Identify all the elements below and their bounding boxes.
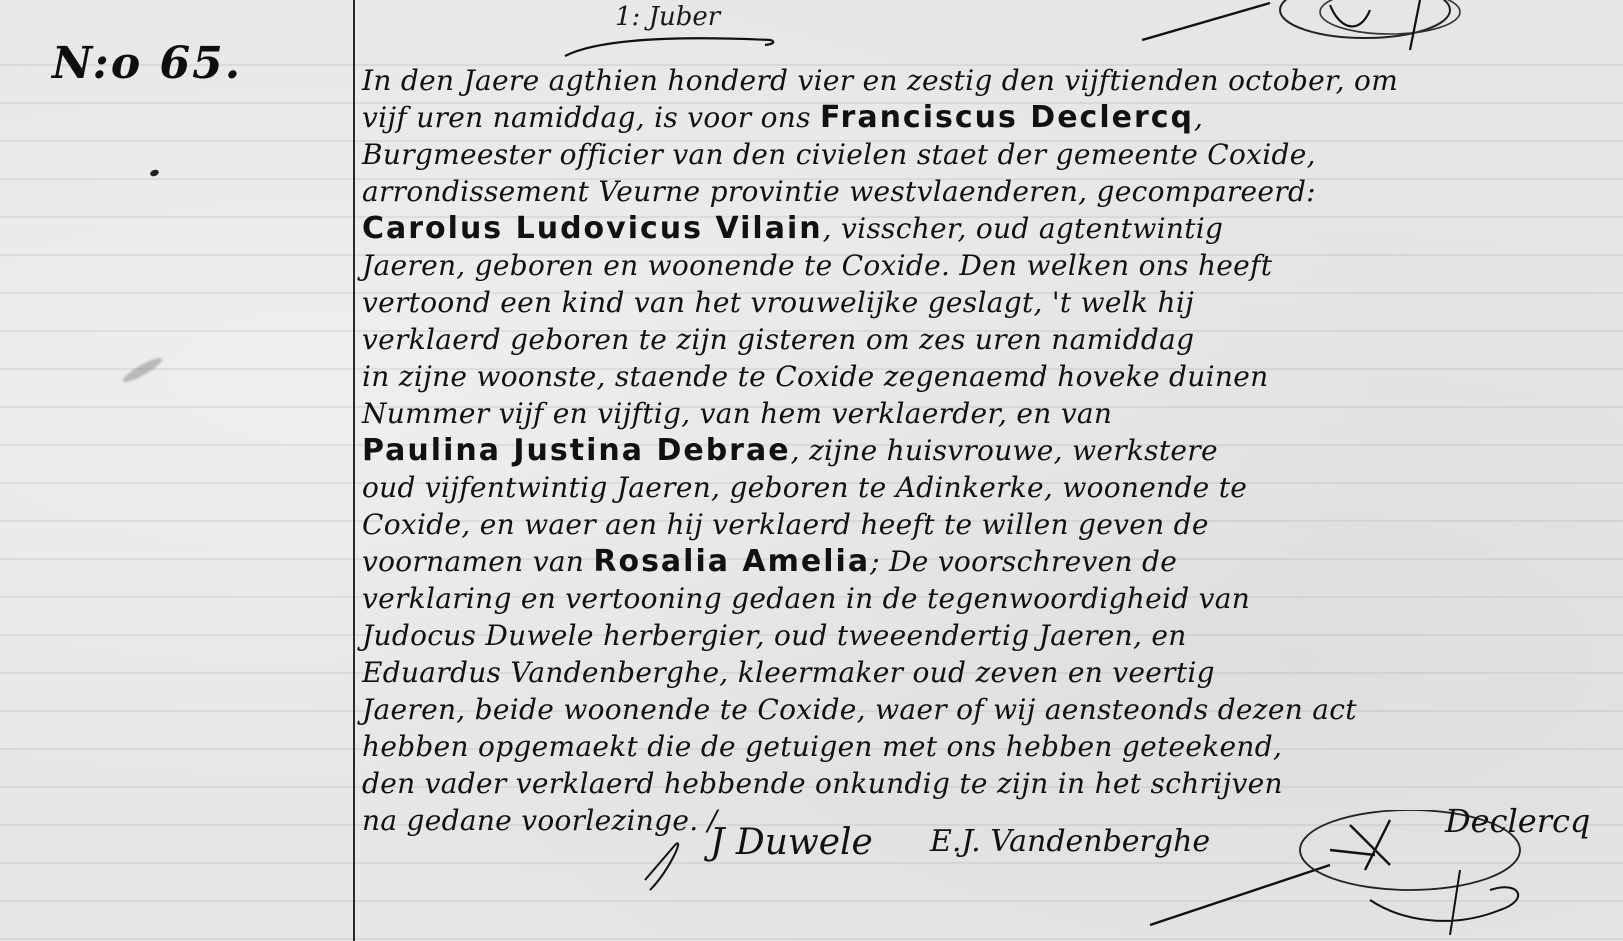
text-line-8: verklaerd geboren te zijn gisteren om ze… xyxy=(362,321,1542,358)
text-line-15: verklaring en vertooning gedaen in de te… xyxy=(362,580,1542,617)
ink-blot xyxy=(149,169,160,178)
text-line-16: Judocus Duwele herbergier, oud tweeender… xyxy=(362,617,1542,654)
margin-rule xyxy=(353,0,355,941)
signature-block: J Duwele E.J. Vandenberghe Declercq xyxy=(630,810,1580,941)
paraph-stroke-icon xyxy=(1140,0,1280,45)
margin-column: N:o 65. xyxy=(0,0,353,941)
text-fragment: ; De voorschreven de xyxy=(870,545,1177,578)
text-fragment: , xyxy=(1194,101,1203,134)
father-name: Carolus Ludovicus Vilain xyxy=(362,211,823,246)
witness-2-signature: E.J. Vandenberghe xyxy=(930,824,1210,859)
act-number: N:o 65. xyxy=(52,38,242,89)
text-fragment: , zijne huisvrouwe, werkstere xyxy=(791,434,1218,467)
text-line-1: In den Jaere agthien honderd vier en zes… xyxy=(362,62,1542,99)
text-line-4: arrondissement Veurne provintie westvlae… xyxy=(362,173,1542,210)
text-line-18: Jaeren, beide woonende te Coxide, waer o… xyxy=(362,691,1542,728)
child-name: Rosalia Amelia xyxy=(593,544,870,579)
text-line-6: Jaeren, geboren en woonende te Coxide. D… xyxy=(362,247,1542,284)
text-line-3: Burgmeester officier van den civielen st… xyxy=(362,136,1542,173)
register-page: N:o 65. 1: Juber In den Jaere agthien ho… xyxy=(0,0,1623,941)
text-line-13: Coxide, en waer aen hij verklaerd heeft … xyxy=(362,506,1542,543)
text-line-11: Paulina Justina Debrae, zijne huisvrouwe… xyxy=(362,432,1542,469)
underline-flourish-icon xyxy=(560,18,780,58)
text-line-2: vijf uren namiddag, is voor ons Francisc… xyxy=(362,99,1542,136)
text-line-7: vertoond een kind van het vrouwelijke ge… xyxy=(362,284,1542,321)
paraph-signature-icon xyxy=(1270,0,1490,55)
text-line-10: Nummer vijf en vijftig, van hem verklaer… xyxy=(362,395,1542,432)
text-fragment: , visscher, oud agtentwintig xyxy=(823,212,1224,245)
register-entry-text: In den Jaere agthien honderd vier en zes… xyxy=(362,62,1542,839)
smudge-mark xyxy=(121,354,165,385)
text-fragment: voornamen van xyxy=(362,545,593,578)
text-line-20: den vader verklaerd hebbende onkundig te… xyxy=(362,765,1542,802)
officer-signature: Declercq xyxy=(1445,802,1590,840)
text-line-12: oud vijfentwintig Jaeren, geboren te Adi… xyxy=(362,469,1542,506)
text-line-9: in zijne woonste, staende te Coxide zege… xyxy=(362,358,1542,395)
text-line-17: Eduardus Vandenberghe, kleermaker oud ze… xyxy=(362,654,1542,691)
text-line-19: hebben opgemaekt die de getuigen met ons… xyxy=(362,728,1542,765)
text-line-5: Carolus Ludovicus Vilain, visscher, oud … xyxy=(362,210,1542,247)
officer-name: Franciscus Declercq xyxy=(820,100,1194,135)
text-fragment: vijf uren namiddag, is voor ons xyxy=(362,101,820,134)
mother-name: Paulina Justina Debrae xyxy=(362,433,791,468)
witness-1-signature: J Duwele xyxy=(710,822,873,863)
text-line-14: voornamen van Rosalia Amelia; De voorsch… xyxy=(362,543,1542,580)
